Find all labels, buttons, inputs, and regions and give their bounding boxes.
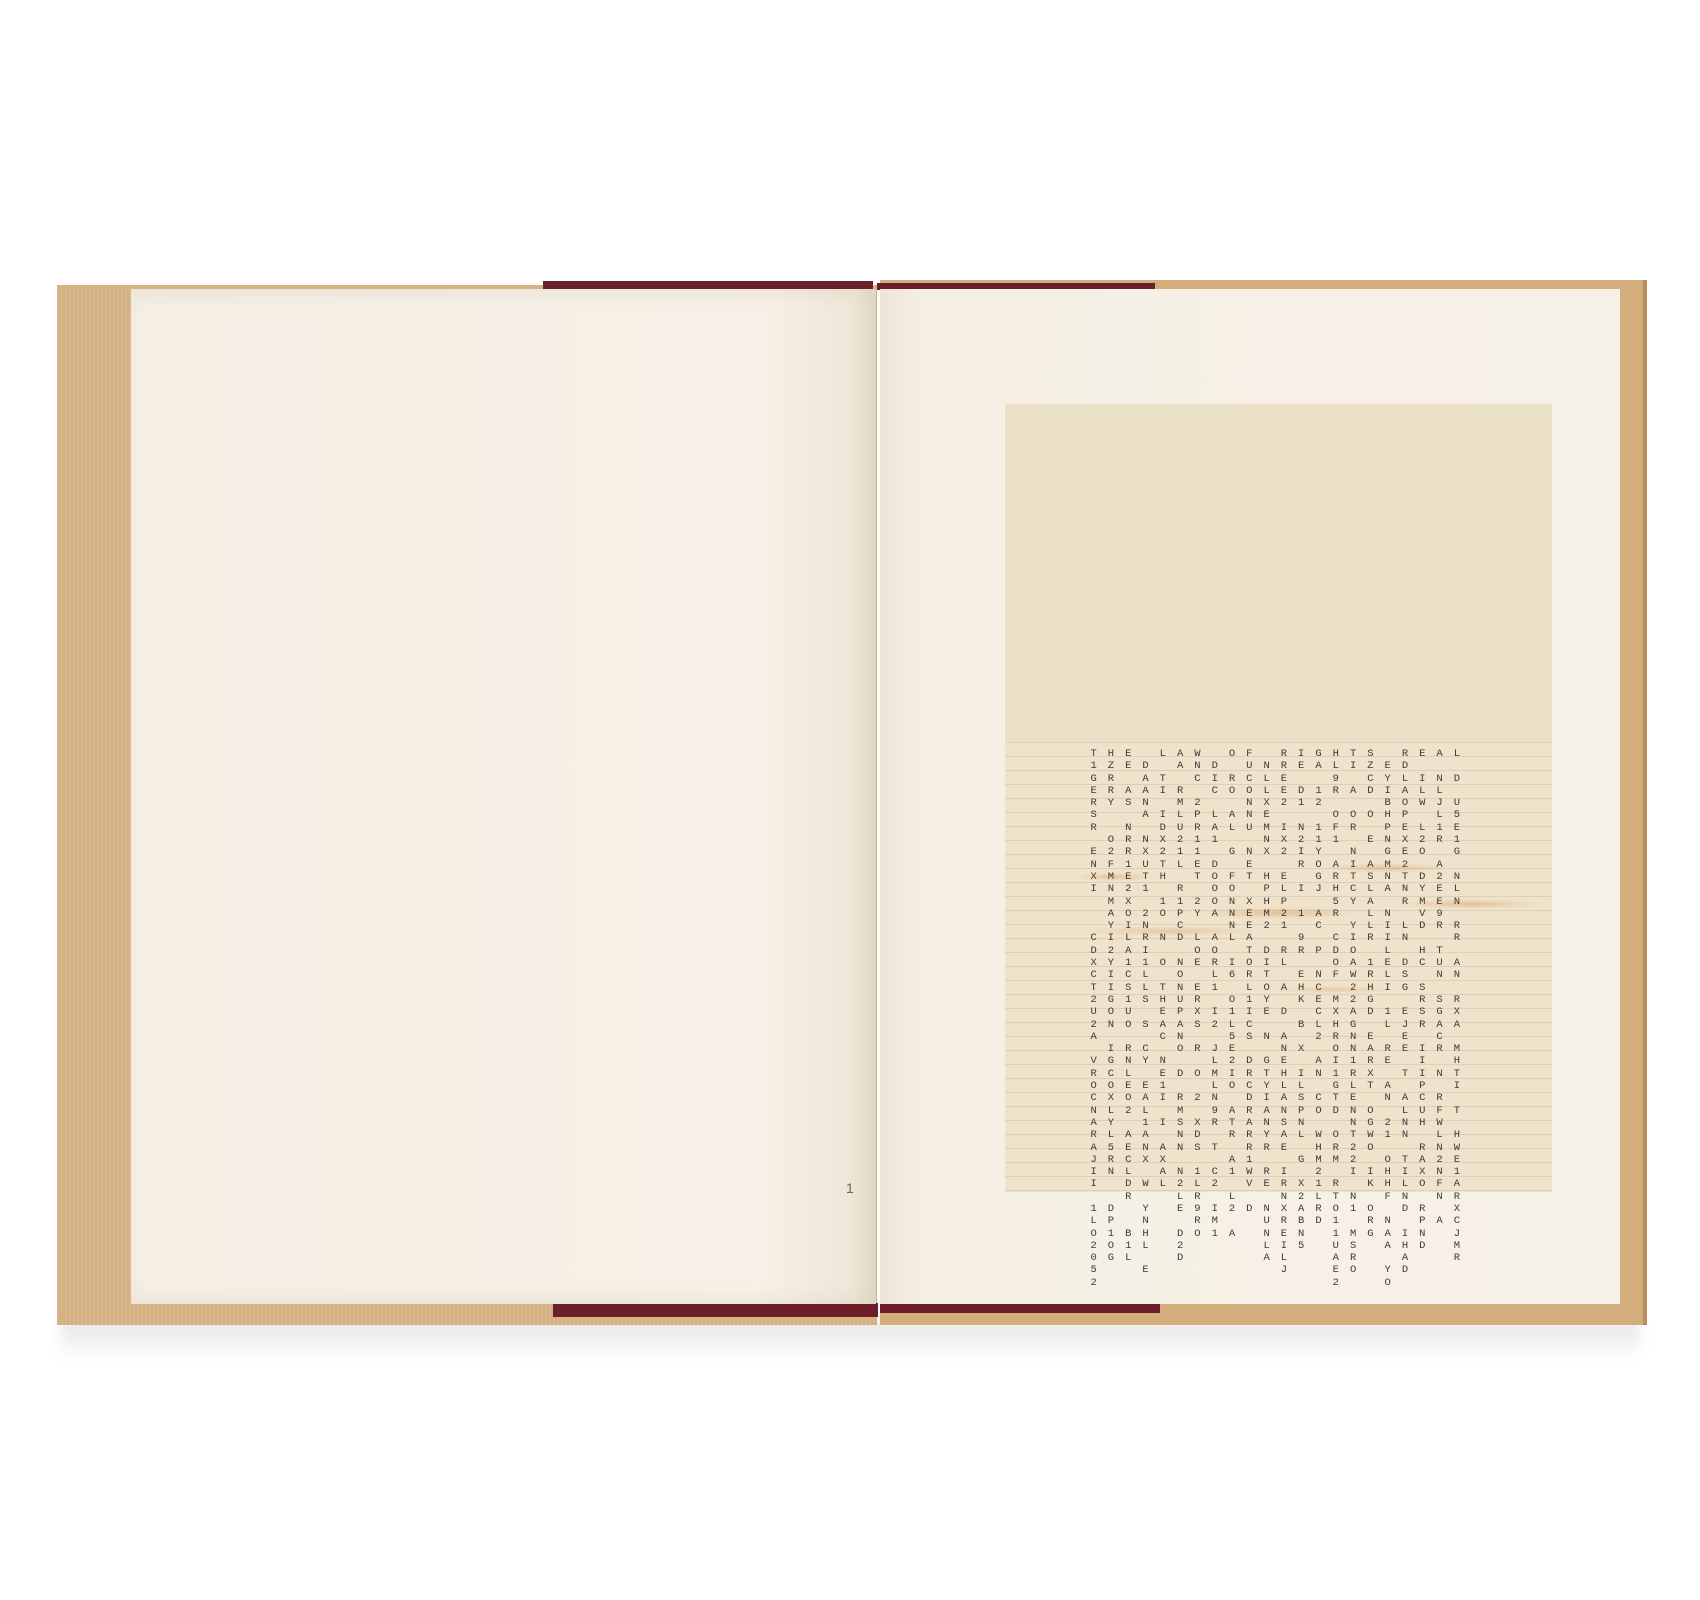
typed-column: TI A OR NITCY YIOAW22AGNN1RLENNT22I N1 M… (1344, 748, 1361, 1289)
typed-columns: T1GERSR ENXI CDXCT2U2A VROCNARAJII 1LO20… (1085, 748, 1512, 1289)
typed-column: HL9R OF1 ARH5R CDOF MXHROI1GTD ORM RTO11… (1327, 748, 1344, 1289)
typed-column: WNC 2PR11ET 2Y LOE ERXS R O 2 XDS 1LR9RO (1189, 748, 1206, 1289)
typed-column: L D U5E1G NLN RR AN RXA MHTI T HWE1ARXCJ… (1448, 748, 1465, 1289)
typed-column: E ILW L2O DYMVD HC SRSR IIIPCUH RAXO RPN… (1414, 748, 1431, 1289)
spine-cloth-bottom-left (553, 1303, 878, 1317)
typed-column: NLLXEMNX HPHM2 DITOYE N GTYIANYR RE NUNL… (1258, 748, 1275, 1289)
artwork-blank-area (1005, 404, 1552, 742)
left-page (131, 289, 876, 1304)
typewriter-artwork: T1GERSR ENXI CDXCT2U2A VROCNARAJII 1LO20… (1005, 404, 1552, 1192)
typed-column: SZCD O E ASLALLR 1RHGD EARXT OGWO IK ORG (1362, 748, 1379, 1289)
typed-column: AA RMLU21L R1PCD NONUPANO D RMSNN N2LE D… (1171, 748, 1188, 1289)
typed-column: EE AS NRR1E2XOILA1CS1UO RNLEO2 AECLDR B1… (1120, 748, 1137, 1289)
typed-column: EYIBHPNGMNA NIILELI 1L RE AN 21 OHHF NAA… (1379, 748, 1396, 1289)
table-shadow (60, 1320, 1640, 1360)
page-number: 1 (846, 1180, 854, 1196)
spine-cloth-top-left (543, 281, 873, 289)
typed-column: O RO AL G FONNNL I6 O1L5E2IO ATR A1 L2 A (1223, 748, 1240, 1289)
typed-column: FUCONNU NET XEEATORL1ICS DRCDRARR1WV D (1241, 748, 1258, 1289)
typed-column: IE D1 N2IR I 1 9R EHK B X ILSPNL G X2ABN… (1293, 748, 1310, 1289)
spine-cloth-bottom-right (880, 1303, 1160, 1313)
typed-column: DAANA NXUT1 2NRI1LLS S CY EAL1ANX W YNHL… (1137, 748, 1154, 1289)
typed-column: RREE2 IX2 ELP21 RL A D ANEHLANSAE IRNXRE… (1275, 748, 1292, 1289)
typed-column: A NLJL1R A2EE9R TUN SGACR N RFWLN2NFN A (1431, 748, 1448, 1289)
typed-column: DIC LA1 DOOOA AORL1 I2 JLMLN9R T C2 IM1 (1206, 748, 1223, 1289)
typed-column: T1GERSR ENXI CDXCT2U2A VROCNARAJII 1LO20… (1085, 748, 1102, 1289)
typed-column: HZRRY O2FMNMAYI2YIIGON IGCOXLYL5RN DP1OG (1102, 748, 1119, 1289)
typed-column: RDLAOPEXE2TNR LN DSG EJEE T ALNN TILND I… (1396, 748, 1413, 1289)
artwork-lined-area: T1GERSR ENXI CDXCT2U2A VROCNARAJII 1LO20… (1005, 742, 1552, 1192)
typed-column: GA 12 11YOGJ AC P NCECL2 AN CO WHM21LRD (1310, 748, 1327, 1289)
typed-column: L TI IDX2TH 1O N O THEAC NE1I I AXAL (1154, 748, 1171, 1289)
